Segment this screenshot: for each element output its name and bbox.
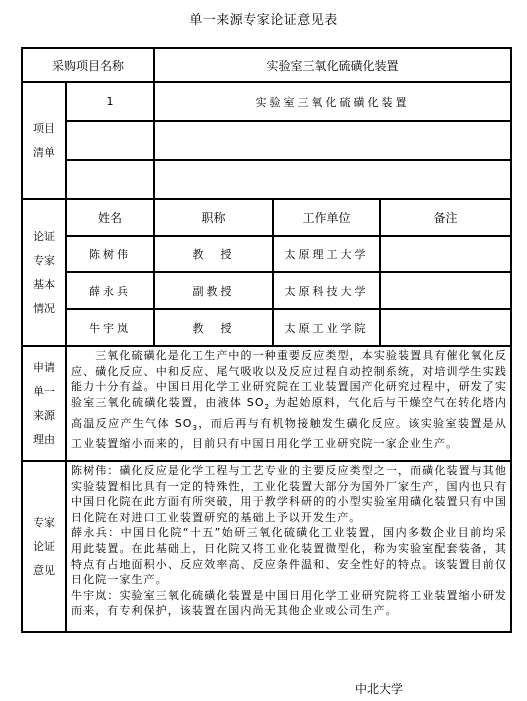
header-title: 职称 (154, 199, 273, 236)
expert-name: 陈树伟 (66, 236, 154, 272)
expert-unit: 太原理工大学 (273, 236, 380, 272)
expert-row: 牛宇岚 教 授 太原工业学院 (22, 309, 511, 346)
expert-row: 薛永兵 副教授 太原科技大学 (22, 272, 511, 309)
reason-label-line: 来源 (23, 404, 65, 428)
reason-label-line: 申请 (23, 356, 65, 380)
expert-note (380, 272, 511, 309)
expert-name: 牛宇岚 (66, 309, 154, 346)
header-note: 备注 (380, 199, 511, 236)
opinion-label-line: 专家 (23, 511, 65, 535)
opinion-paragraph: 薛永兵：中国日化院“十五”始研三氧化硫磺化工业装置，国内多数企业目前均采用此装置… (71, 525, 507, 587)
item-name (154, 160, 511, 199)
item-no (66, 160, 154, 199)
experts-label-line: 基本 (23, 273, 65, 297)
project-list-label-line: 项目 (23, 117, 65, 141)
expert-note (380, 236, 511, 272)
item-name: 实验室三氧化硫磺化装置 (154, 82, 511, 121)
experts-label: 论证 专家 基本 情况 (22, 199, 66, 346)
header-unit: 工作单位 (273, 199, 380, 236)
expert-unit: 太原工业学院 (273, 309, 380, 346)
project-name-value: 实验室三氧化硫磺化装置 (154, 48, 511, 82)
item-name (154, 121, 511, 160)
expert-title: 副教授 (154, 272, 273, 309)
expert-title: 教 授 (154, 309, 273, 346)
opinion-paragraph: 陈树伟：磺化反应是化学工程与工艺专业的主要反应类型之一，而磺化装置与其他实验装置… (71, 463, 507, 525)
expert-opinion-form: 采购项目名称 实验室三氧化硫磺化装置 项目 清单 1 实验室三氧化硫磺化装置 论… (21, 47, 512, 633)
reason-row: 申请 单一 来源 理由 三氧化硫磺化是化工生产中的一种重要反应类型，本实验装置具… (22, 346, 511, 461)
opinion-label-line: 意见 (23, 559, 65, 583)
opinion-label-line: 论证 (23, 535, 65, 559)
item-no (66, 121, 154, 160)
experts-label-line: 情况 (23, 297, 65, 321)
project-list-label-line: 清单 (23, 141, 65, 165)
expert-name: 薛永兵 (66, 272, 154, 309)
project-name-label: 采购项目名称 (22, 48, 154, 82)
reason-label: 申请 单一 来源 理由 (22, 346, 66, 461)
opinion-label: 专家 论证 意见 (22, 461, 66, 632)
project-name-row: 采购项目名称 实验室三氧化硫磺化装置 (22, 48, 511, 82)
reason-label-line: 单一 (23, 380, 65, 404)
project-list-row: 项目 清单 1 实验室三氧化硫磺化装置 (22, 82, 511, 121)
document-title: 单一来源专家论证意见表 (0, 9, 527, 28)
opinion-text: 陈树伟：磺化反应是化学工程与工艺专业的主要反应类型之一，而磺化装置与其他实验装置… (66, 461, 511, 632)
header-name: 姓名 (66, 199, 154, 236)
project-list-label: 项目 清单 (22, 82, 66, 199)
experts-header-row: 论证 专家 基本 情况 姓名 职称 工作单位 备注 (22, 199, 511, 236)
signature: 中北大学 (355, 680, 403, 697)
item-no: 1 (66, 82, 154, 121)
project-list-row (22, 121, 511, 160)
experts-label-line: 专家 (23, 249, 65, 273)
experts-label-line: 论证 (23, 225, 65, 249)
expert-unit: 太原科技大学 (273, 272, 380, 309)
expert-title: 教 授 (154, 236, 273, 272)
project-list-row (22, 160, 511, 199)
opinion-row: 专家 论证 意见 陈树伟：磺化反应是化学工程与工艺专业的主要反应类型之一，而磺化… (22, 461, 511, 632)
opinion-paragraph: 牛宇岚：实验室三氧化硫磺化装置是中国日用化学工业研究院将工业装置缩小研发而来，有… (71, 588, 507, 619)
reason-text: 三氧化硫磺化是化工生产中的一种重要反应类型，本实验装置具有催化氧化反应、磺化反应… (66, 346, 511, 461)
reason-label-line: 理由 (23, 428, 65, 452)
expert-note (380, 309, 511, 346)
expert-row: 陈树伟 教 授 太原理工大学 (22, 236, 511, 272)
